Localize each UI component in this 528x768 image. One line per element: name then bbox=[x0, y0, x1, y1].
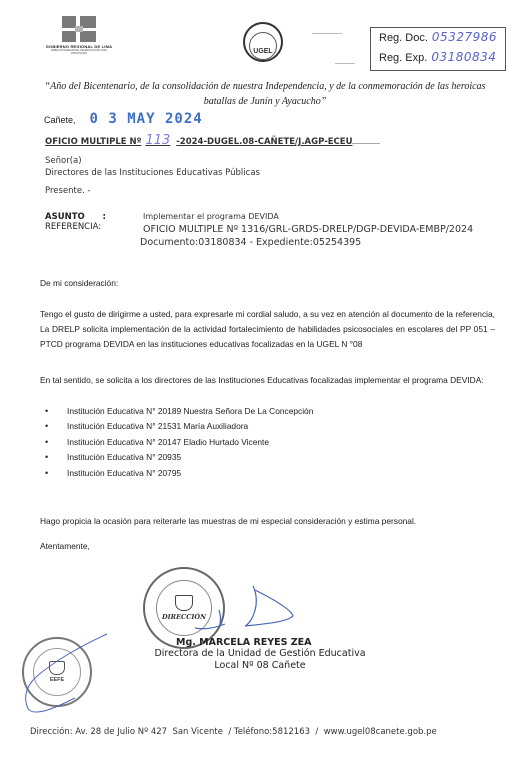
referencia-line-2: Documento:03180834 - Expediente:05254395 bbox=[140, 237, 361, 248]
referencia-line-1: OFICIO MULTIPLE Nº 1316/GRL-GRDS-DRELP/D… bbox=[143, 224, 473, 235]
city-label: Cañete, bbox=[44, 115, 76, 125]
institution-name: Institución Educativa N° 21531 María Aux… bbox=[67, 421, 248, 431]
handwritten-signature-icon bbox=[175, 580, 305, 640]
date-stamp: 0 3 MAY 2024 bbox=[90, 111, 203, 127]
year-motto: “Año del Bicentenario, de la consolidaci… bbox=[30, 79, 500, 109]
ugel-seal-icon: UGEL bbox=[243, 22, 283, 62]
divider bbox=[312, 33, 342, 34]
presente-label: Presente. - bbox=[45, 186, 91, 196]
list-item: •Institución Educativa N° 20935 bbox=[45, 450, 313, 466]
registry-stamp-box: Reg. Doc. 05327986 Reg. Exp. 03180834 bbox=[370, 27, 506, 71]
list-item: •Institución Educativa N° 21531 María Au… bbox=[45, 419, 313, 435]
oficio-prefix: OFICIO MULTIPLE Nº bbox=[45, 137, 141, 147]
body-paragraph-1: Tengo el gusto de dirigirme a usted, par… bbox=[40, 307, 495, 352]
signer-name: Mg. MARCELA REYES ZEA bbox=[176, 637, 312, 648]
asunto-label: ASUNTO : bbox=[45, 212, 106, 222]
signer-role-line-2: Local Nº 08 Cañete bbox=[150, 660, 370, 672]
reg-exp-value: 03180834 bbox=[431, 50, 496, 64]
ugel-seal-text: UGEL bbox=[249, 32, 277, 60]
list-item: •Institución Educativa N° 20795 bbox=[45, 465, 313, 481]
gobierno-regional-lima-logo: GOBIERNO REGIONAL DE LIMA DIRECCIÓN REGI… bbox=[44, 16, 114, 55]
gob-logo-subtitle: DIRECCIÓN REGIONAL DE EDUCACIÓN LIMA PRO… bbox=[44, 49, 114, 55]
list-item: •Institución Educativa N° 20189 Nuestra … bbox=[45, 403, 313, 419]
divider bbox=[352, 143, 380, 144]
recipient-salutation: Señor(a) bbox=[45, 155, 260, 167]
reg-doc-value: 05327986 bbox=[432, 30, 497, 44]
divider bbox=[335, 63, 355, 64]
sign-off: Atentamente, bbox=[40, 539, 495, 554]
signer-role: Directora de la Unidad de Gestión Educat… bbox=[150, 648, 370, 672]
recipient: Señor(a) Directores de las Instituciones… bbox=[45, 155, 260, 179]
signer-role-line-1: Directora de la Unidad de Gestión Educat… bbox=[150, 648, 370, 660]
bullet-icon: • bbox=[45, 437, 67, 447]
list-item: •Institución Educativa N° 20147 Eladio H… bbox=[45, 434, 313, 450]
bullet-icon: • bbox=[45, 468, 67, 478]
gobierno-regional-logo-icon bbox=[62, 16, 96, 42]
bullet-icon: • bbox=[45, 406, 67, 416]
asunto-value: Implementar el programa DEVIDA bbox=[143, 212, 279, 221]
reg-doc-row: Reg. Doc. 05327986 bbox=[379, 30, 497, 50]
reg-exp-label: Reg. Exp. bbox=[379, 52, 427, 64]
institution-name: Institución Educativa N° 20189 Nuestra S… bbox=[67, 406, 313, 416]
oficio-number: 113 bbox=[145, 133, 170, 148]
oficio-reference: OFICIO MULTIPLE Nº 113 -2024-DUGEL.08-CA… bbox=[45, 133, 352, 148]
date-line: Cañete, 0 3 MAY 2024 bbox=[44, 111, 203, 127]
initials-signature-icon bbox=[15, 630, 115, 720]
recipient-name: Directores de las Instituciones Educativ… bbox=[45, 167, 260, 179]
bullet-icon: • bbox=[45, 421, 67, 431]
footer-address: Dirección: Av. 28 de Julio Nº 427 San Vi… bbox=[30, 727, 437, 737]
referencia-label: REFERENCIA: bbox=[45, 222, 101, 232]
institution-name: Institución Educativa N° 20935 bbox=[67, 452, 181, 462]
reg-exp-row: Reg. Exp. 03180834 bbox=[379, 50, 497, 70]
institution-name: Institución Educativa N° 20147 Eladio Hu… bbox=[67, 437, 269, 447]
institution-name: Institución Educativa N° 20795 bbox=[67, 468, 181, 478]
institutions-list: •Institución Educativa N° 20189 Nuestra … bbox=[45, 403, 313, 481]
bullet-icon: • bbox=[45, 452, 67, 462]
closing-paragraph: Hago propicia la ocasión para reiterarle… bbox=[40, 514, 495, 529]
greeting: De mi consideración: bbox=[40, 276, 495, 291]
oficio-suffix: -2024-DUGEL.08-CAÑETE/J.AGP-ECEU bbox=[176, 137, 352, 147]
reg-doc-label: Reg. Doc. bbox=[379, 32, 428, 44]
body-paragraph-2: En tal sentido, se solicita a los direct… bbox=[40, 373, 495, 388]
